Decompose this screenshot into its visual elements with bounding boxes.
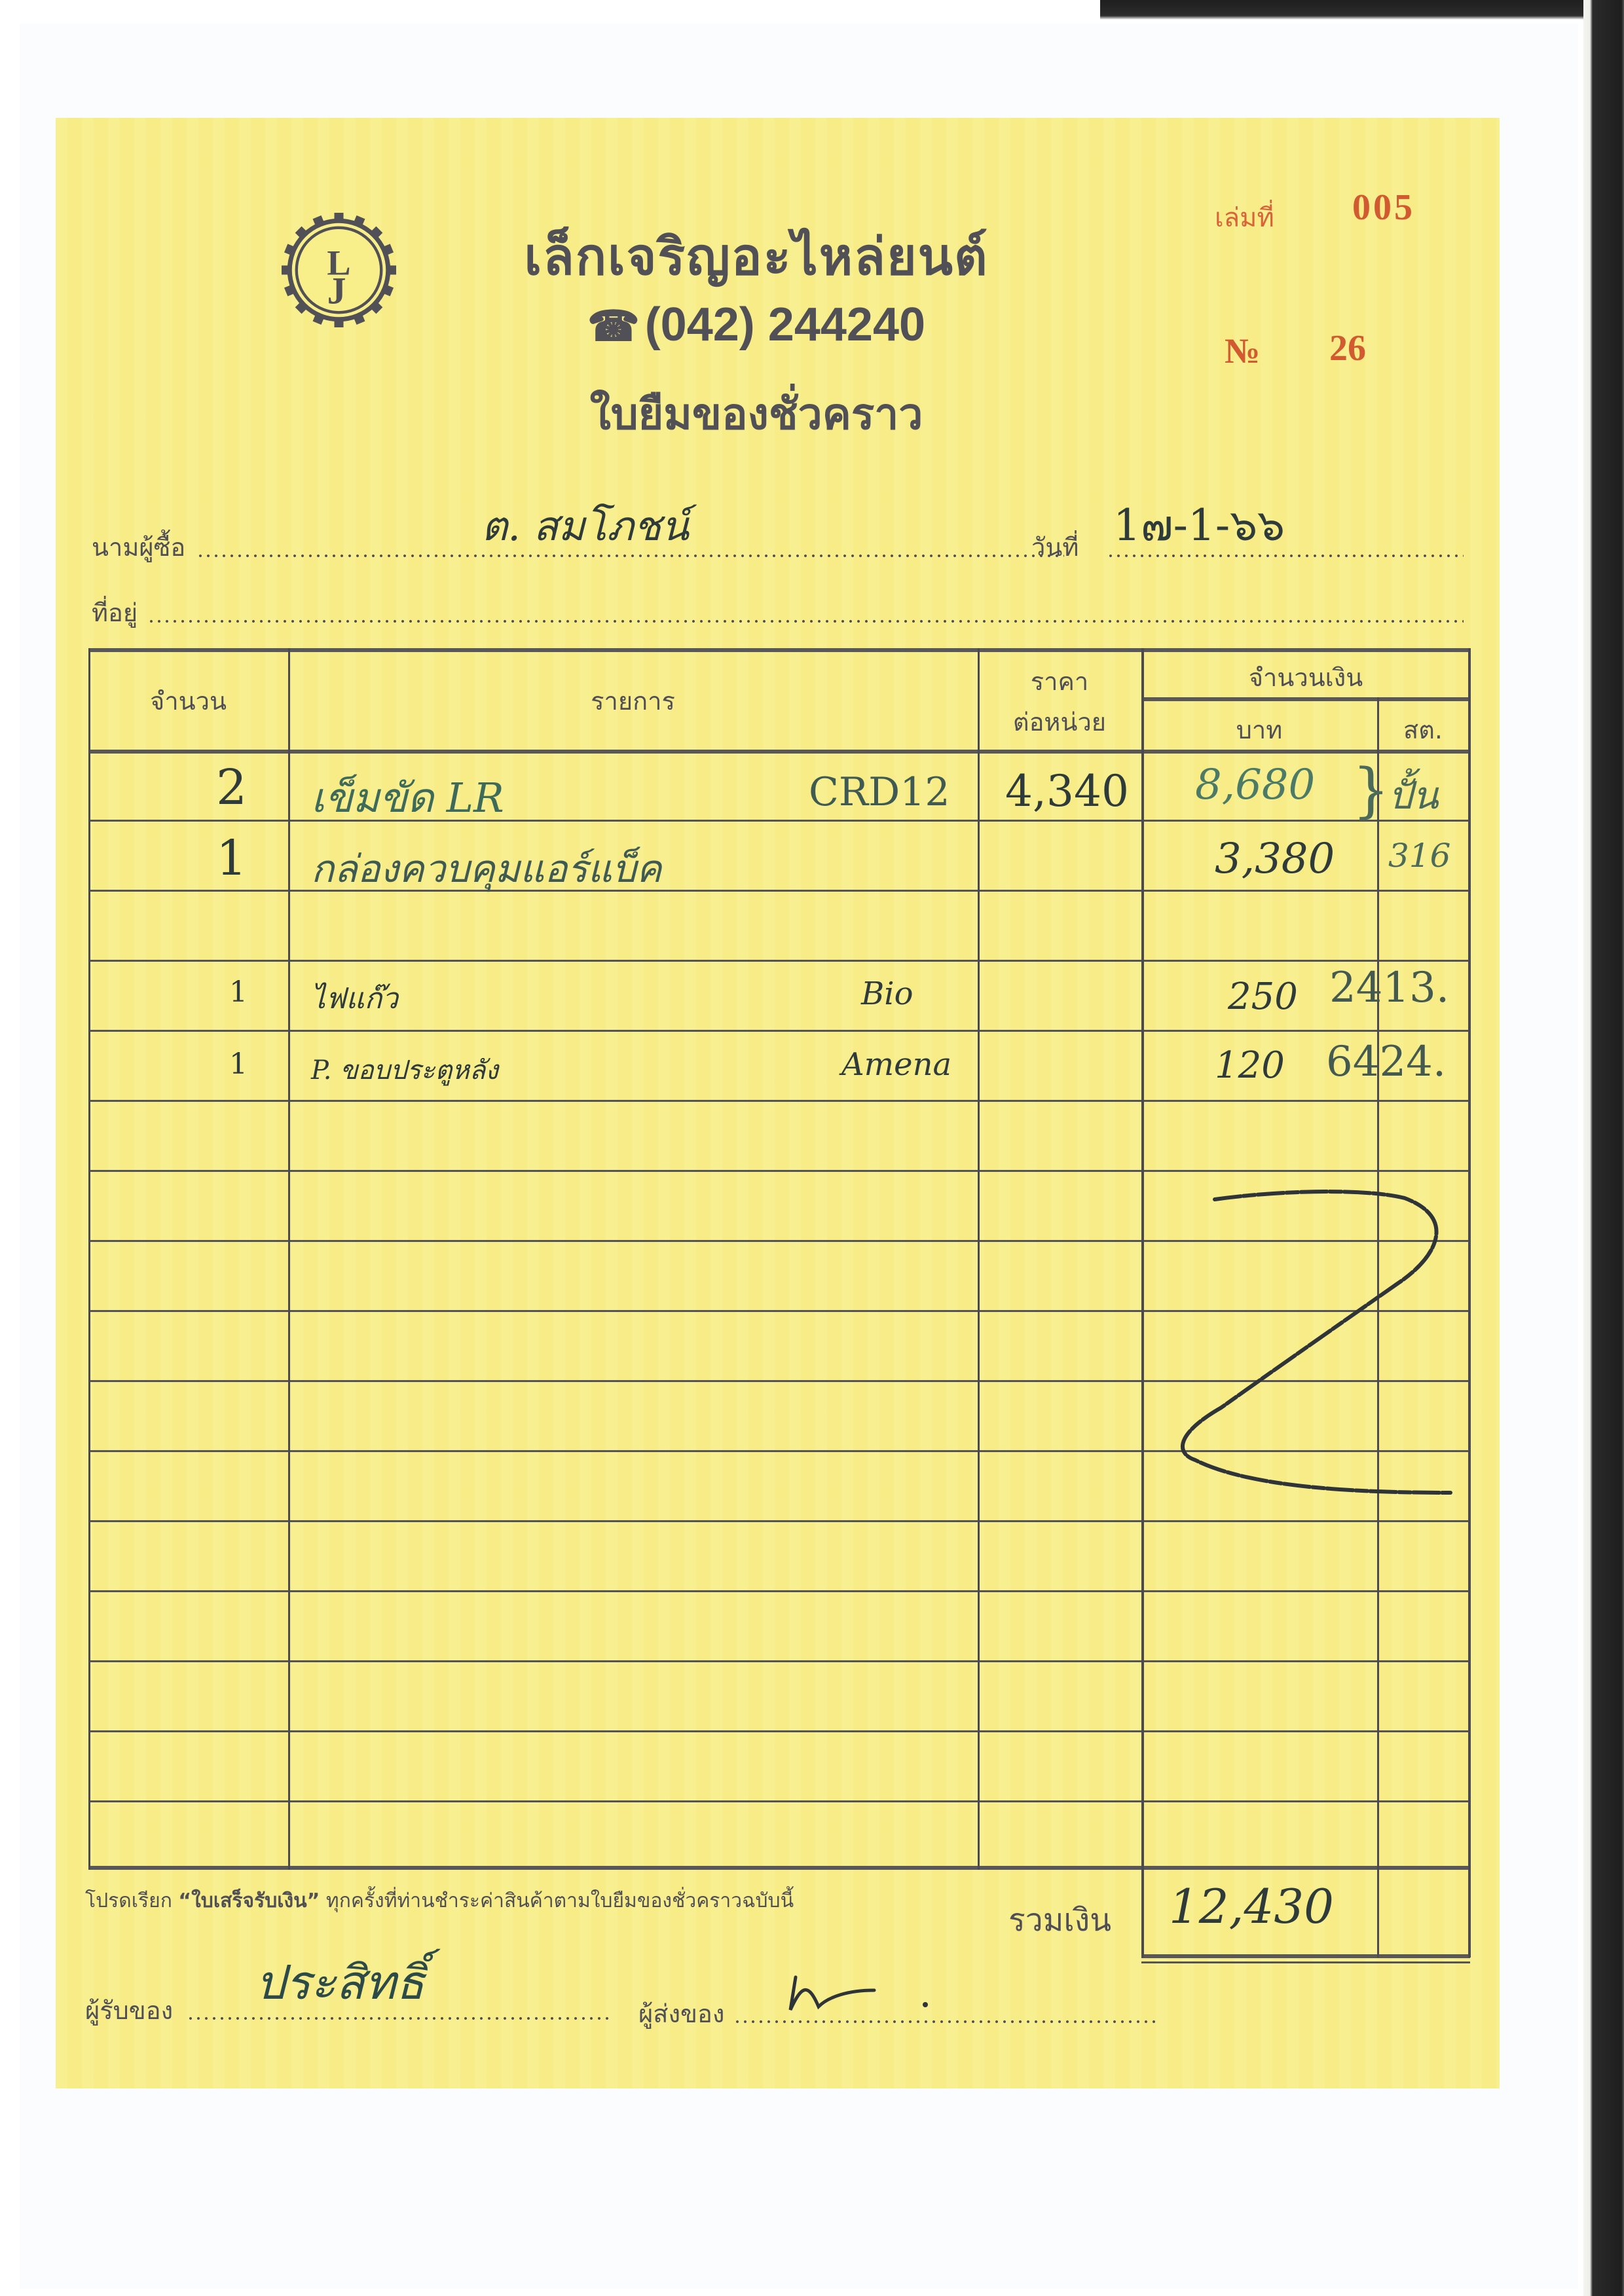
scanner-edge-right xyxy=(1583,0,1624,2296)
total-bottom-border xyxy=(1141,1954,1470,1958)
receiver-signature[interactable]: ประสิทธิ์ xyxy=(255,1944,424,2020)
row-line xyxy=(88,1030,1470,1032)
items-table: จำนวน รายการ ราคา ต่อหน่วย จำนวนเงิน บาท… xyxy=(88,648,1470,1954)
row-1-item[interactable]: เข็มขัด LR xyxy=(311,766,504,830)
row-line xyxy=(88,1100,1470,1102)
row-4-item[interactable]: ไฟแก๊ว xyxy=(311,975,398,1021)
header-item: รายการ xyxy=(288,681,978,721)
header-amount: จำนวนเงิน xyxy=(1141,657,1470,697)
payment-note-suffix: ทุกครั้งที่ท่านชำระค่าสินค้าตามใบยืมของช… xyxy=(326,1889,794,1912)
date-label: วันที่ xyxy=(1031,527,1079,567)
row-line xyxy=(88,1730,1470,1732)
payment-note-receipt: “ใบเสร็จรับเงิน” xyxy=(178,1889,320,1912)
header-baht: บาท xyxy=(1141,710,1377,750)
row-4-side-note: 2413. xyxy=(1329,964,1449,1012)
date-value[interactable]: 1๗-1-๖๖ xyxy=(1113,491,1285,560)
telephone-icon: ☎ xyxy=(587,302,640,350)
sender-label: ผู้ส่งของ xyxy=(638,1994,724,2033)
total-double-underline xyxy=(1141,1961,1470,1963)
payment-note-prefix: โปรดเรียก xyxy=(85,1889,172,1912)
row-4-qty[interactable]: 1 xyxy=(229,975,248,1009)
total-value[interactable]: 12,430 xyxy=(1169,1879,1334,1934)
phone-number-line: ☎(042) 244240 xyxy=(396,298,1116,352)
row-4-baht[interactable]: 250 xyxy=(1228,975,1298,1018)
row-1-bracket-note: } xyxy=(1352,756,1390,825)
col-border-qty xyxy=(288,648,290,1870)
row-1-unit-price[interactable]: 4,340 xyxy=(1005,766,1129,816)
row-1-satang-scribble: ปั้น xyxy=(1388,765,1438,826)
document-number: 26 xyxy=(1329,327,1366,369)
void-z-mark xyxy=(1149,1172,1464,1728)
buyer-name-label: นามผู้ซื้อ xyxy=(92,527,185,567)
row-line xyxy=(88,960,1470,962)
header-bottom-border xyxy=(88,750,1470,754)
gear-logo-icon: L J xyxy=(282,213,396,327)
row-5-code[interactable]: Amena xyxy=(841,1046,951,1083)
payment-note: โปรดเรียก “ใบเสร็จรับเงิน” ทุกครั้งที่ท่… xyxy=(85,1886,794,1916)
buyer-name-value[interactable]: ต. สมโภชน์ xyxy=(481,494,689,558)
document-title: ใบยืมของชั่วคราว xyxy=(396,380,1116,448)
col-border-unit-price xyxy=(1141,648,1144,1958)
document-number-label: № xyxy=(1225,331,1260,371)
row-1-qty[interactable]: 2 xyxy=(216,759,247,816)
row-line xyxy=(88,1800,1470,1802)
row-5-baht[interactable]: 120 xyxy=(1215,1044,1285,1087)
book-number-label: เล่มที่ xyxy=(1215,196,1274,238)
row-5-item[interactable]: P. ขอบประตูหลัง xyxy=(311,1049,498,1091)
col-border-item xyxy=(978,648,980,1870)
row-line xyxy=(88,890,1470,892)
company-name: เล็กเจริญอะไหล่ยนต์ xyxy=(396,216,1116,297)
col-border-left xyxy=(88,648,90,1870)
scanner-edge-top xyxy=(1100,0,1624,20)
total-label: รวมเงิน xyxy=(1008,1895,1111,1945)
row-2-satang-note: 316 xyxy=(1388,837,1450,875)
row-2-qty[interactable]: 1 xyxy=(216,830,247,886)
table-top-border xyxy=(88,648,1470,652)
amount-subheader-divider xyxy=(1141,697,1470,701)
phone-number: (042) 244240 xyxy=(645,299,925,351)
receiver-label: ผู้รับของ xyxy=(85,1990,173,2030)
row-5-side-note: 6424. xyxy=(1326,1038,1446,1086)
header-satang: สต. xyxy=(1377,710,1469,750)
row-4-code[interactable]: Bio xyxy=(861,975,913,1012)
header-unit-price-line2: ต่อหน่วย xyxy=(978,702,1141,742)
row-1-code[interactable]: CRD12 xyxy=(809,769,950,815)
col-border-right xyxy=(1468,648,1471,1958)
row-2-baht[interactable]: 3,380 xyxy=(1215,835,1335,883)
row-5-qty[interactable]: 1 xyxy=(229,1048,248,1081)
table-bottom-border xyxy=(88,1866,1470,1870)
sender-signature[interactable] xyxy=(783,1971,979,2023)
receipt-sheet: L J เล็กเจริญอะไหล่ยนต์ ☎(042) 244240 ใบ… xyxy=(56,118,1500,2088)
address-label: ที่อยู่ xyxy=(92,592,138,632)
address-dotted-line xyxy=(147,619,1464,623)
header-unit-price-line1: ราคา xyxy=(978,661,1141,701)
row-1-baht[interactable]: 8,680 xyxy=(1195,761,1315,809)
book-number: 005 xyxy=(1352,187,1415,228)
svg-text:J: J xyxy=(327,270,346,312)
row-line xyxy=(88,820,1470,822)
header-qty: จำนวน xyxy=(88,681,288,721)
row-2-item[interactable]: กล่องควบคุมแอร์แบ็ค xyxy=(311,838,661,899)
